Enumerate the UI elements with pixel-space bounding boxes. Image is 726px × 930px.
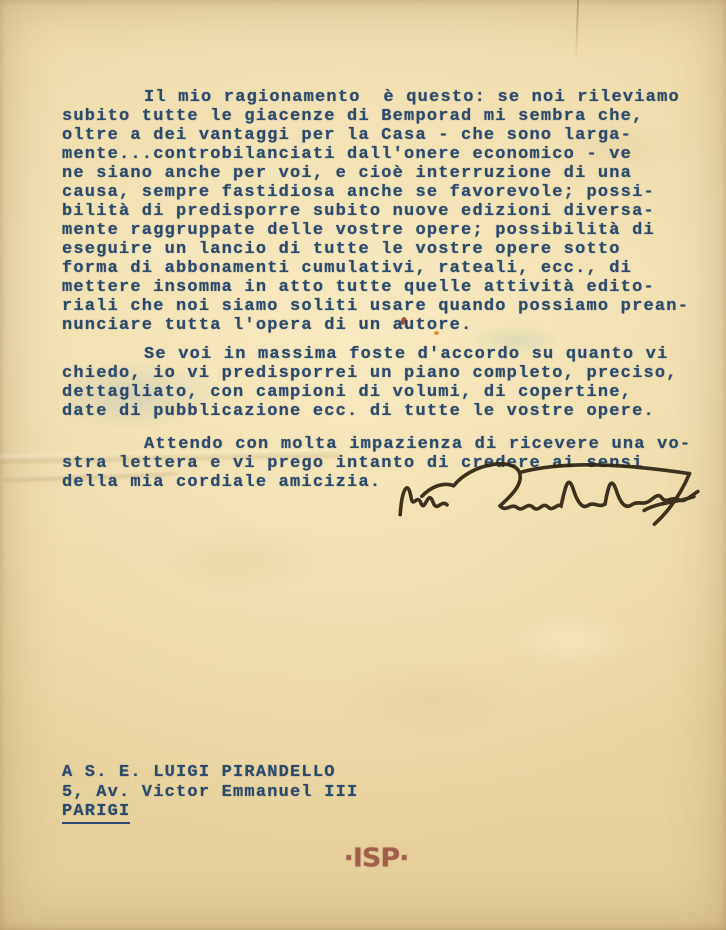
text-line: causa, sempre fastidiosa anche se favore… [62, 183, 712, 202]
paragraph-2: Se voi in massima foste d'accordo su qua… [62, 345, 712, 421]
isp-stamp: ·ISP· [336, 844, 416, 873]
letter-body: Il mio ragionamento è questo: se noi ril… [62, 88, 712, 492]
text-line: della mia cordiale amicizia. [62, 473, 712, 492]
recipient-name: A S. E. LUIGI PIRANDELLO [62, 763, 358, 783]
text-line: oltre a dei vantaggi per la Casa - che s… [62, 126, 712, 145]
text-line: subito tutte le giacenze di Bemporad mi … [62, 107, 712, 126]
paragraph-3: Attendo con molta impazienza di ricevere… [62, 435, 712, 492]
recipient-street: 5, Av. Victor Emmanuel III [62, 783, 358, 803]
text-line: date di pubblicazione ecc. di tutte le v… [62, 402, 712, 421]
text-line: mente...controbilanciati dall'onere econ… [62, 145, 712, 164]
text-line: forma di abbonamenti cumulativi, rateali… [62, 259, 712, 278]
text-line: mente raggruppate delle vostre opere; po… [62, 221, 712, 240]
text-line: Il mio ragionamento è questo: se noi ril… [62, 88, 712, 107]
text-line: bilità di predisporre subito nuove edizi… [62, 202, 712, 221]
text-line: ne siano anche per voi, e cioè interruzi… [62, 164, 712, 183]
text-line: riali che noi siamo soliti usare quando … [62, 297, 712, 316]
recipient-city: PARIGI [62, 802, 130, 824]
text-line: Attendo con molta impazienza di ricevere… [62, 435, 712, 454]
text-line: stra lettera e vi prego intanto di crede… [62, 454, 712, 473]
text-line: mettere insomma in atto tutte quelle att… [62, 278, 712, 297]
text-line: Se voi in massima foste d'accordo su qua… [62, 345, 712, 364]
recipient-address: A S. E. LUIGI PIRANDELLO 5, Av. Victor E… [62, 763, 358, 822]
text-line: eseguire un lancio di tutte le vostre op… [62, 240, 712, 259]
paragraph-1: Il mio ragionamento è questo: se noi ril… [62, 88, 712, 335]
text-line: dettagliato, con campioni di volumi, di … [62, 383, 712, 402]
text-line: chiedo, io vi predisporrei un piano comp… [62, 364, 712, 383]
text-line: nunciare tutta l'opera di un autore. [62, 316, 712, 335]
paper-scratch [575, 0, 579, 62]
letter-page: Il mio ragionamento è questo: se noi ril… [0, 0, 726, 930]
